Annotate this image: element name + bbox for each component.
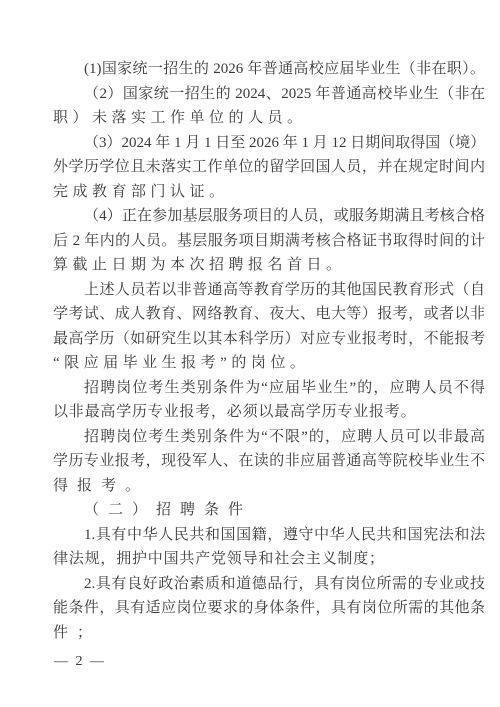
text-line: 2.具有良好政治素质和道德品行，具有岗位所需的专业或技 <box>53 572 485 597</box>
text-line: 招聘岗位考生类别条件为“不限”的，应聘人员可以非最高 <box>53 425 485 450</box>
text-line: 最高学历（如研究生以其本科学历）对应专业报考时，不能报考 <box>53 327 485 352</box>
document-page: (1)国家统一招生的 2026 年普通高校应届毕业生（非在职）。（2）国家统一招… <box>0 0 500 707</box>
text-line: 律法规，拥护中国共产党领导和社会主义制度； <box>53 547 485 572</box>
text-line: 学考试、成人教育、网络教育、夜大、电大等）报考，或者以非 <box>53 302 485 327</box>
text-line: 招聘岗位考生类别条件为“应届毕业生”的，应聘人员不得 <box>53 376 485 401</box>
text-line: （2）国家统一招生的 2024、2025 年普通高校毕业生（非在 <box>53 82 485 107</box>
text-line: 上述人员若以非普通高等教育学历的其他国民教育形式（自 <box>53 278 485 303</box>
text-line: 1.具有中华人民共和国国籍，遵守中华人民共和国宪法和法 <box>53 523 485 548</box>
text-line: 能条件，具有适应岗位要求的身体条件，具有岗位所需的其他条 <box>53 596 485 621</box>
text-line: 件； <box>53 621 485 646</box>
text-line: 以非最高学历专业报考，必须以最高学历专业报考。 <box>53 400 485 425</box>
text-line: 职）未落实工作单位的人员。 <box>53 106 485 131</box>
page-number: — 2 — <box>54 651 106 673</box>
text-line: 后 2 年内的人员。基层服务项目期满考核合格证书取得时间的计 <box>53 229 485 254</box>
text-line: “限应届毕业生报考”的岗位。 <box>53 351 485 376</box>
text-line: （4）正在参加基层服务项目的人员，或服务期满且考核合格 <box>53 204 485 229</box>
text-line: （二）招聘条件 <box>53 498 485 523</box>
text-line: 学历专业报考，现役军人、在读的非应届普通高等院校毕业生不 <box>53 449 485 474</box>
text-line: 完成教育部门认证。 <box>53 180 485 205</box>
text-line: 算截止日期为本次招聘报名首日。 <box>53 253 485 278</box>
text-line: (1)国家统一招生的 2026 年普通高校应届毕业生（非在职）。 <box>53 57 485 82</box>
text-line: 外学历学位且未落实工作单位的留学回国人员，并在规定时间内 <box>53 155 485 180</box>
text-line: （3）2024 年 1 月 1 日至 2026 年 1 月 12 日期间取得国（… <box>53 131 485 156</box>
document-body: (1)国家统一招生的 2026 年普通高校应届毕业生（非在职）。（2）国家统一招… <box>53 57 485 645</box>
text-line: 得报考。 <box>53 474 485 499</box>
